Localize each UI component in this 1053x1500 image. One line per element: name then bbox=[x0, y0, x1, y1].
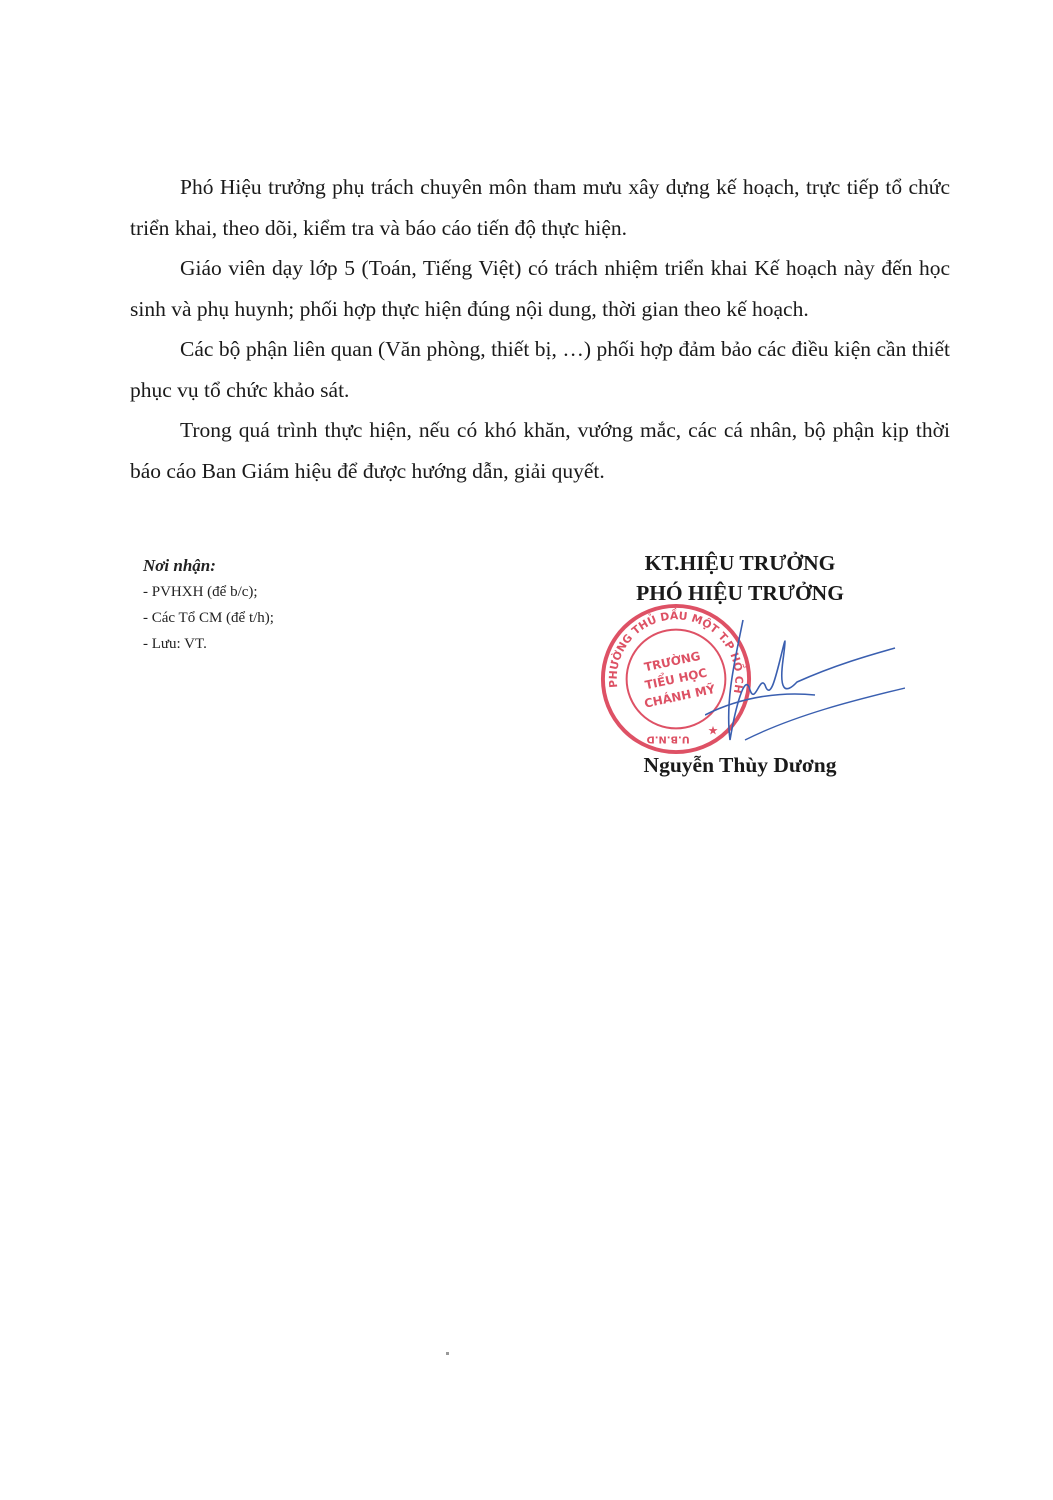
signer-name: Nguyễn Thùy Dương bbox=[585, 753, 895, 778]
recipients-block: Nơi nhận: - PVHXH (để b/c); - Các Tổ CM … bbox=[143, 553, 274, 657]
scan-speck bbox=[446, 1352, 449, 1355]
recipient-item: - Các Tổ CM (để t/h); bbox=[143, 605, 274, 631]
body-text: Phó Hiệu trưởng phụ trách chuyên môn tha… bbox=[130, 167, 950, 491]
recipients-title: Nơi nhận: bbox=[143, 553, 274, 579]
svg-text:U.B.N.D: U.B.N.D bbox=[646, 733, 689, 744]
paragraph-difficulties: Trong quá trình thực hiện, nếu có khó kh… bbox=[130, 410, 950, 491]
recipient-item: - Lưu: VT. bbox=[143, 631, 274, 657]
paragraph-vice-principal: Phó Hiệu trưởng phụ trách chuyên môn tha… bbox=[130, 167, 950, 248]
signature-title-1: KT.HIỆU TRƯỞNG bbox=[585, 548, 895, 578]
paragraph-departments: Các bộ phận liên quan (Văn phòng, thiết … bbox=[130, 329, 950, 410]
handwritten-signature-icon bbox=[705, 600, 905, 750]
signature-block: KT.HIỆU TRƯỞNG PHÓ HIỆU TRƯỞNG PHƯỜNG TH… bbox=[585, 548, 895, 608]
recipient-item: - PVHXH (để b/c); bbox=[143, 579, 274, 605]
paragraph-teachers: Giáo viên dạy lớp 5 (Toán, Tiếng Việt) c… bbox=[130, 248, 950, 329]
